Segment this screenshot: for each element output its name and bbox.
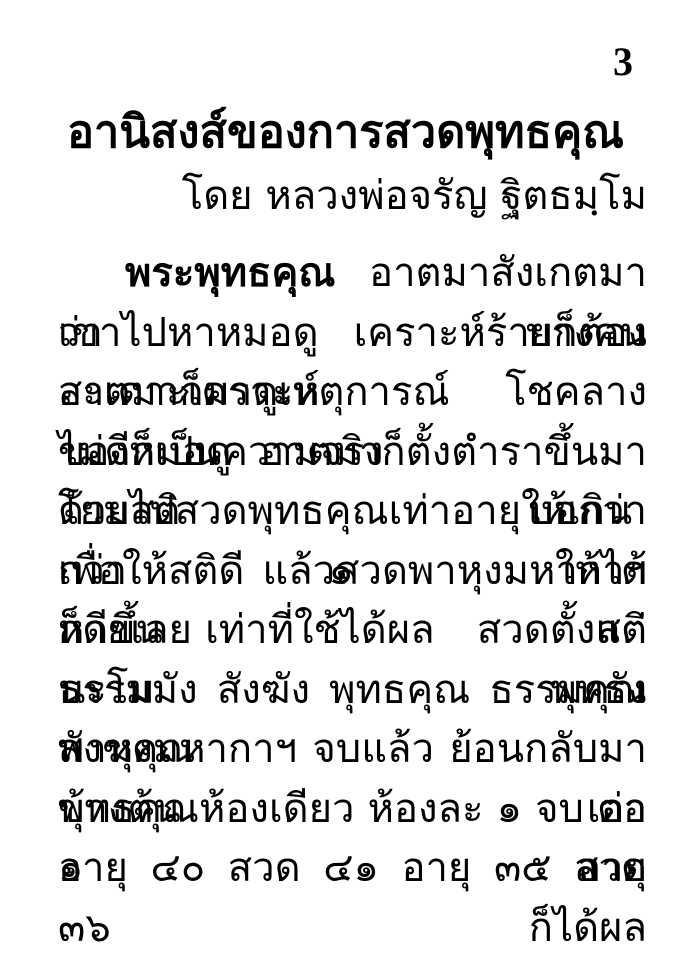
page-number: 3 <box>613 42 633 82</box>
text-line-7: ก็ดีขึ้น เท่าที่ใช้ได้ผล สวดตั้งแต่ นะโม… <box>58 601 647 661</box>
author-byline: โดย หลวงพ่อจรัญ ฐิตธมฺโม <box>58 168 647 224</box>
text-line-1: พระพุทธคุณ อาตมาสังเกตมาว่า บางคน <box>58 244 647 304</box>
text-line-10: พุทธคุณห้องเดียว ห้องละ ๑ จบ ต่อ ๑ อายุ <box>58 780 647 840</box>
text-line-2: เขาไปหาหมอดู เคราะห์ร้ายก็ต้องสะเดาะเครา… <box>58 304 647 364</box>
document-page: 3 อานิสงส์ของการสวดพุทธคุณ โดย หลวงพ่อจร… <box>0 0 691 960</box>
page-title: อานิสงส์ของการสวดพุทธคุณ <box>0 104 691 160</box>
text-line-6: เพื่อให้สติดี แล้วสวดพาหุงมหากาฯ หายเลย … <box>58 542 647 602</box>
body-paragraph: พระพุทธคุณ อาตมาสังเกตมาว่า บางคน เขาไปห… <box>58 244 647 899</box>
text-line-4: ของหมอดู อาตมาก็ตั้งตำราขึ้นมาด้วยสติ บอ… <box>58 423 647 483</box>
text-line-5: โยมไปสวดพุทธคุณเท่าอายุให้เกินกว่า ๑ ให้… <box>58 482 647 542</box>
text-line-11: อายุ ๔๐ สวด ๔๑ อายุ ๓๕ สวด ๓๖ ก็ได้ผล <box>58 839 647 899</box>
paragraph-lead-bold: พระพุทธคุณ <box>125 250 335 296</box>
text-line-3: อาตมาก็มาดูเหตุการณ์ โชคลางไม่ดีก็เป็นคว… <box>58 363 647 423</box>
text-line-8: ธรรมมัง สังฆัง พุทธคุณ ธรรมคุณ สังฆคุณ <box>58 661 647 721</box>
text-line-9: พาหุงมหากาฯ จบแล้ว ย้อนกลับมาข้างต้น เอา <box>58 720 647 780</box>
